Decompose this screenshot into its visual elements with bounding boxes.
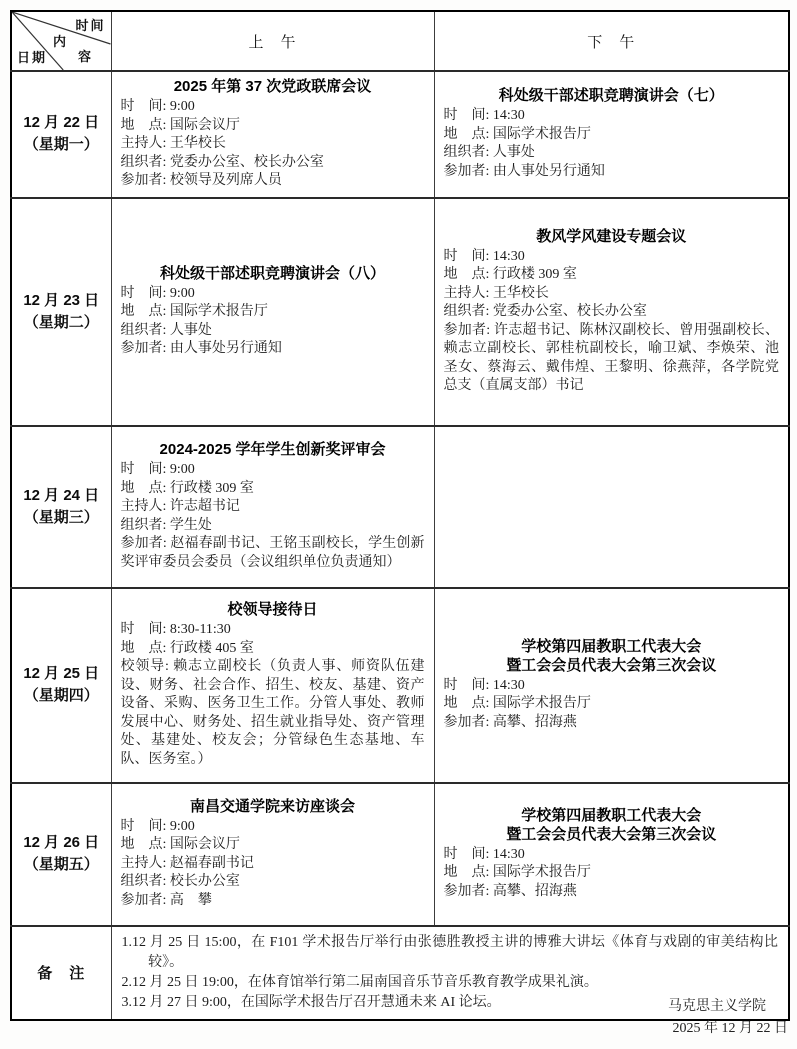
meeting-cell-am: 2024-2025 学年学生创新奖评审会 时 间: 9:00地 点: 行政楼 3… xyxy=(111,426,434,588)
date-cell: 12 月 25 日 （星期四） xyxy=(11,588,111,783)
date-text: 12 月 23 日 xyxy=(12,290,111,312)
corner-diagonal: 时间 内 容 日期 xyxy=(12,12,111,70)
meeting-cell-pm: 教风学风建设专题会议 时 间: 14:30地 点: 行政楼 309 室主持人: … xyxy=(434,198,789,426)
footer-signature: 马克思主义学院 2025 年 12 月 22 日 xyxy=(668,996,788,1040)
corner-content-label-2: 容 xyxy=(78,46,93,65)
meeting-details: 时 间: 9:00地 点: 行政楼 309 室主持人: 许志超书记组织者: 学生… xyxy=(121,461,425,572)
date-text: 12 月 25 日 xyxy=(12,663,111,685)
meeting-details: 时 间: 9:00地 点: 国际会议厅主持人: 王华校长组织者: 党委办公室、校… xyxy=(121,98,425,191)
detail-line: 时 间: 9:00 xyxy=(121,98,425,117)
date-cell: 12 月 24 日 （星期三） xyxy=(11,426,111,588)
weekday-text: （星期一） xyxy=(12,134,111,156)
detail-line: 时 间: 9:00 xyxy=(121,461,425,480)
meeting-details: 时 间: 14:30地 点: 国际学术报告厅参加者: 高攀、招海燕 xyxy=(444,846,780,902)
weekday-text: （星期五） xyxy=(12,854,111,876)
weekday-text: （星期二） xyxy=(12,312,111,334)
detail-line: 组织者: 党委办公室、校长办公室 xyxy=(121,154,425,173)
meeting-cell-pm: 科处级干部述职竞聘演讲会（七） 时 间: 14:30地 点: 国际学术报告厅组织… xyxy=(434,71,789,198)
document-sheet: 时间 内 容 日期 上 午 下 午 12 月 22 日 （星期一） 2025 年… xyxy=(0,0,797,1049)
meeting-title: 学校第四届教职工代表大会 xyxy=(444,637,780,656)
detail-line: 2.12 月 25 日 19:00，在体育馆举行第二届南国音乐节音乐教育教学成果… xyxy=(122,973,779,993)
schedule-table: 时间 内 容 日期 上 午 下 午 12 月 22 日 （星期一） 2025 年… xyxy=(10,10,790,1021)
detail-line: 参加者: 高攀、招海燕 xyxy=(444,883,780,902)
corner-content-label-1: 内 xyxy=(53,31,68,50)
detail-line: 校领导: 赖志立副校长（负责人事、师资队伍建设、财务、社会合作、招生、校友、基建… xyxy=(121,658,425,769)
detail-line: 地 点: 国际学术报告厅 xyxy=(444,864,780,883)
col-header-morning: 上 午 xyxy=(111,11,434,71)
meeting-details: 时 间: 14:30地 点: 行政楼 309 室主持人: 王华校长组织者: 党委… xyxy=(444,248,780,396)
detail-line: 地 点: 国际学术报告厅 xyxy=(444,695,780,714)
weekday-text: （星期四） xyxy=(12,685,111,707)
detail-line: 时 间: 8:30-11:30 xyxy=(121,621,425,640)
meeting-title: 学校第四届教职工代表大会 xyxy=(444,806,780,825)
meeting-title: 南昌交通学院来访座谈会 xyxy=(121,797,425,816)
detail-line: 地 点: 行政楼 309 室 xyxy=(444,266,780,285)
detail-line: 组织者: 人事处 xyxy=(444,144,780,163)
meeting-details: 时 间: 14:30地 点: 国际学术报告厅参加者: 高攀、招海燕 xyxy=(444,677,780,733)
detail-line: 地 点: 行政楼 405 室 xyxy=(121,640,425,659)
meeting-title: 2024-2025 学年学生创新奖评审会 xyxy=(121,440,425,459)
corner-date-label: 日期 xyxy=(17,47,47,66)
footer-date: 2025 年 12 月 22 日 xyxy=(668,1018,788,1040)
corner-time-label: 时间 xyxy=(75,15,105,34)
detail-line: 地 点: 国际学术报告厅 xyxy=(444,126,780,145)
footer-org: 马克思主义学院 xyxy=(668,996,788,1018)
detail-line: 时 间: 14:30 xyxy=(444,107,780,126)
col-header-afternoon: 下 午 xyxy=(434,11,789,71)
detail-line: 1.12 月 25 日 15:00，在 F101 学术报告厅举行由张德胜教授主讲… xyxy=(122,933,779,973)
detail-line: 主持人: 王华校长 xyxy=(444,285,780,304)
detail-line: 参加者: 许志超书记、陈林汉副校长、曾用强副校长、赖志立副校长、郭桂杭副校长，喻… xyxy=(444,322,780,396)
meeting-cell-pm: 学校第四届教职工代表大会 暨工会会员代表大会第三次会议 时 间: 14:30地 … xyxy=(434,783,789,926)
meeting-cell-pm: 学校第四届教职工代表大会 暨工会会员代表大会第三次会议 时 间: 14:30地 … xyxy=(434,588,789,783)
detail-line: 时 间: 14:30 xyxy=(444,846,780,865)
weekday-text: （星期三） xyxy=(12,507,111,529)
meeting-title: 科处级干部述职竞聘演讲会（八） xyxy=(121,264,425,283)
detail-line: 地 点: 国际会议厅 xyxy=(121,117,425,136)
detail-line: 时 间: 14:30 xyxy=(444,248,780,267)
table-row-friday: 12 月 26 日 （星期五） 南昌交通学院来访座谈会 时 间: 9:00地 点… xyxy=(11,783,789,926)
meeting-title-line2: 暨工会会员代表大会第三次会议 xyxy=(444,656,780,675)
detail-line: 参加者: 高 攀 xyxy=(121,892,425,911)
date-cell: 12 月 23 日 （星期二） xyxy=(11,198,111,426)
meeting-details: 时 间: 9:00地 点: 国际会议厅主持人: 赵福春副书记组织者: 校长办公室… xyxy=(121,818,425,911)
detail-line: 参加者: 校领导及列席人员 xyxy=(121,172,425,191)
detail-line: 参加者: 由人事处另行通知 xyxy=(444,163,780,182)
table-row-thursday: 12 月 25 日 （星期四） 校领导接待日 时 间: 8:30-11:30地 … xyxy=(11,588,789,783)
meeting-title-line2: 暨工会会员代表大会第三次会议 xyxy=(444,825,780,844)
meeting-details: 时 间: 8:30-11:30地 点: 行政楼 405 室校领导: 赖志立副校长… xyxy=(121,621,425,769)
meeting-details: 时 间: 9:00地 点: 国际学术报告厅组织者: 人事处参加者: 由人事处另行… xyxy=(121,285,425,359)
meeting-details: 时 间: 14:30地 点: 国际学术报告厅组织者: 人事处参加者: 由人事处另… xyxy=(444,107,780,181)
meeting-cell-am: 2025 年第 37 次党政联席会议 时 间: 9:00地 点: 国际会议厅主持… xyxy=(111,71,434,198)
detail-line: 组织者: 校长办公室 xyxy=(121,873,425,892)
detail-line: 主持人: 赵福春副书记 xyxy=(121,855,425,874)
table-row-monday: 12 月 22 日 （星期一） 2025 年第 37 次党政联席会议 时 间: … xyxy=(11,71,789,198)
meeting-title: 科处级干部述职竞聘演讲会（七） xyxy=(444,86,780,105)
meeting-title: 2025 年第 37 次党政联席会议 xyxy=(121,77,425,96)
meeting-cell-am: 南昌交通学院来访座谈会 时 间: 9:00地 点: 国际会议厅主持人: 赵福春副… xyxy=(111,783,434,926)
detail-line: 时 间: 9:00 xyxy=(121,285,425,304)
remarks-label: 备 注 xyxy=(11,926,111,1020)
detail-line: 地 点: 行政楼 309 室 xyxy=(121,480,425,499)
table-row-wednesday: 12 月 24 日 （星期三） 2024-2025 学年学生创新奖评审会 时 间… xyxy=(11,426,789,588)
detail-line: 组织者: 学生处 xyxy=(121,517,425,536)
table-row-tuesday: 12 月 23 日 （星期二） 科处级干部述职竞聘演讲会（八） 时 间: 9:0… xyxy=(11,198,789,426)
header-corner-cell: 时间 内 容 日期 xyxy=(11,11,111,71)
detail-line: 主持人: 许志超书记 xyxy=(121,498,425,517)
date-text: 12 月 26 日 xyxy=(12,832,111,854)
detail-line: 时 间: 14:30 xyxy=(444,677,780,696)
date-cell: 12 月 26 日 （星期五） xyxy=(11,783,111,926)
detail-line: 参加者: 由人事处另行通知 xyxy=(121,340,425,359)
detail-line: 地 点: 国际会议厅 xyxy=(121,836,425,855)
date-cell: 12 月 22 日 （星期一） xyxy=(11,71,111,198)
date-text: 12 月 22 日 xyxy=(12,112,111,134)
detail-line: 时 间: 9:00 xyxy=(121,818,425,837)
meeting-cell-am: 科处级干部述职竞聘演讲会（八） 时 间: 9:00地 点: 国际学术报告厅组织者… xyxy=(111,198,434,426)
date-text: 12 月 24 日 xyxy=(12,485,111,507)
detail-line: 参加者: 赵福春副书记、王铭玉副校长，学生创新奖评审委员会委员（会议组织单位负责… xyxy=(121,535,425,572)
meeting-cell-pm-empty xyxy=(434,426,789,588)
detail-line: 组织者: 人事处 xyxy=(121,322,425,341)
header-row: 时间 内 容 日期 上 午 下 午 xyxy=(11,11,789,71)
meeting-title: 校领导接待日 xyxy=(121,600,425,619)
detail-line: 地 点: 国际学术报告厅 xyxy=(121,303,425,322)
detail-line: 主持人: 王华校长 xyxy=(121,135,425,154)
meeting-cell-am: 校领导接待日 时 间: 8:30-11:30地 点: 行政楼 405 室校领导:… xyxy=(111,588,434,783)
meeting-title: 教风学风建设专题会议 xyxy=(444,227,780,246)
detail-line: 组织者: 党委办公室、校长办公室 xyxy=(444,303,780,322)
detail-line: 参加者: 高攀、招海燕 xyxy=(444,714,780,733)
